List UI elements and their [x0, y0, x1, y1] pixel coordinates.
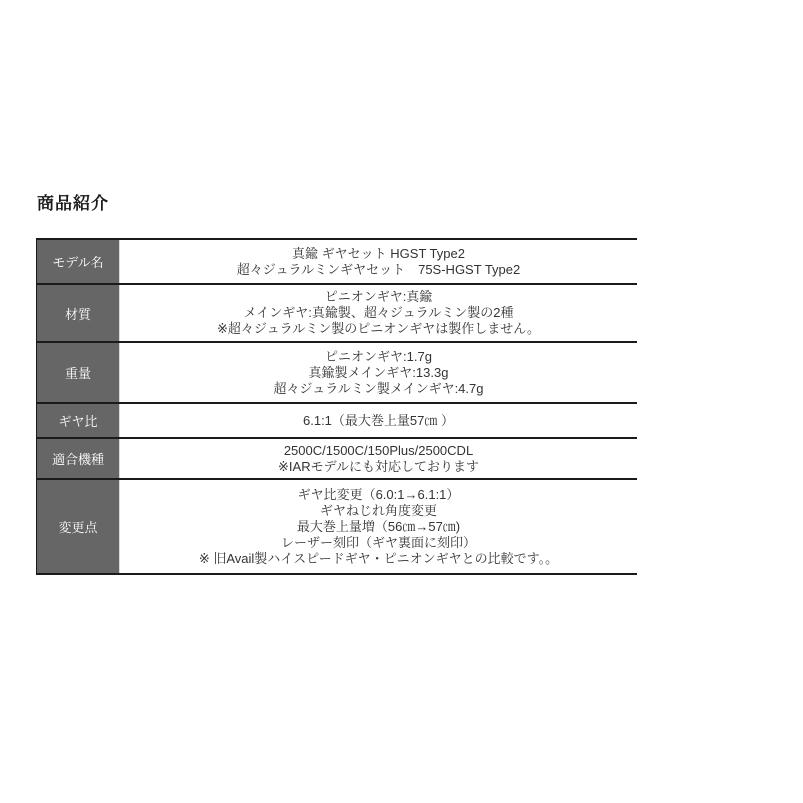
row-value-gear-ratio: 6.1:1（最大巻上量57㎝ ）	[120, 404, 637, 437]
table-row-gear-ratio: ギヤ比 6.1:1（最大巻上量57㎝ ）	[37, 402, 637, 437]
value-line: ギヤねじれ角度変更	[320, 503, 437, 519]
value-line: 真鍮製メインギヤ:13.3g	[309, 365, 449, 381]
row-value-weight: ピニオンギヤ:1.7g 真鍮製メインギヤ:13.3g 超々ジュラルミン製メインギ…	[120, 343, 637, 402]
row-label-model-name: モデル名	[37, 240, 120, 283]
product-spec-table: モデル名 真鍮 ギヤセット HGST Type2 超々ジュラルミンギヤセット 7…	[36, 238, 637, 575]
table-row-compatible-models: 適合機種 2500C/1500C/150Plus/2500CDL ※IARモデル…	[37, 437, 637, 478]
row-label-gear-ratio: ギヤ比	[37, 404, 120, 437]
row-label-changes: 変更点	[37, 480, 120, 573]
row-label-weight: 重量	[37, 343, 120, 402]
table-row-material: 材質 ピニオンギヤ:真鍮 メインギヤ:真鍮製、超々ジュラルミン製の2種 ※超々ジ…	[37, 283, 637, 341]
value-line: メインギヤ:真鍮製、超々ジュラルミン製の2種	[244, 305, 514, 321]
table-row-weight: 重量 ピニオンギヤ:1.7g 真鍮製メインギヤ:13.3g 超々ジュラルミン製メ…	[37, 341, 637, 402]
value-line: 超々ジュラルミン製メインギヤ:4.7g	[273, 381, 483, 397]
page-title: 商品紹介	[37, 189, 109, 214]
value-line: 最大巻上量増（56㎝→57㎝)	[297, 519, 460, 535]
row-label-compatible-models: 適合機種	[37, 439, 120, 478]
row-value-material: ピニオンギヤ:真鍮 メインギヤ:真鍮製、超々ジュラルミン製の2種 ※超々ジュラル…	[120, 285, 637, 341]
value-line: ピニオンギヤ:1.7g	[325, 349, 432, 365]
value-line: ギヤ比変更（6.0:1→6.1:1）	[298, 487, 460, 503]
value-line: ピニオンギヤ:真鍮	[325, 289, 433, 305]
table-row-model-name: モデル名 真鍮 ギヤセット HGST Type2 超々ジュラルミンギヤセット 7…	[37, 240, 637, 283]
value-line: ※ 旧Avail製ハイスピードギヤ・ピニオンギヤとの比較です。。	[199, 551, 558, 567]
row-value-changes: ギヤ比変更（6.0:1→6.1:1） ギヤねじれ角度変更 最大巻上量増（56㎝→…	[120, 480, 637, 573]
table-row-changes: 変更点 ギヤ比変更（6.0:1→6.1:1） ギヤねじれ角度変更 最大巻上量増（…	[37, 478, 637, 573]
product-intro-page: 商品紹介 モデル名 真鍮 ギヤセット HGST Type2 超々ジュラルミンギヤ…	[0, 0, 803, 803]
value-line: ※IARモデルにも対応しております	[278, 459, 479, 475]
row-value-compatible-models: 2500C/1500C/150Plus/2500CDL ※IARモデルにも対応し…	[120, 439, 637, 478]
row-label-material: 材質	[37, 285, 120, 341]
value-line: 2500C/1500C/150Plus/2500CDL	[284, 443, 473, 459]
value-line: 超々ジュラルミンギヤセット 75S-HGST Type2	[237, 262, 520, 278]
value-line: 6.1:1（最大巻上量57㎝ ）	[303, 413, 454, 429]
value-line: ※超々ジュラルミン製のピニオンギヤは製作しません。	[217, 321, 540, 337]
value-line: レーザー刻印（ギヤ裏面に刻印）	[281, 535, 476, 551]
value-line: 真鍮 ギヤセット HGST Type2	[292, 246, 465, 262]
row-value-model-name: 真鍮 ギヤセット HGST Type2 超々ジュラルミンギヤセット 75S-HG…	[120, 240, 637, 283]
